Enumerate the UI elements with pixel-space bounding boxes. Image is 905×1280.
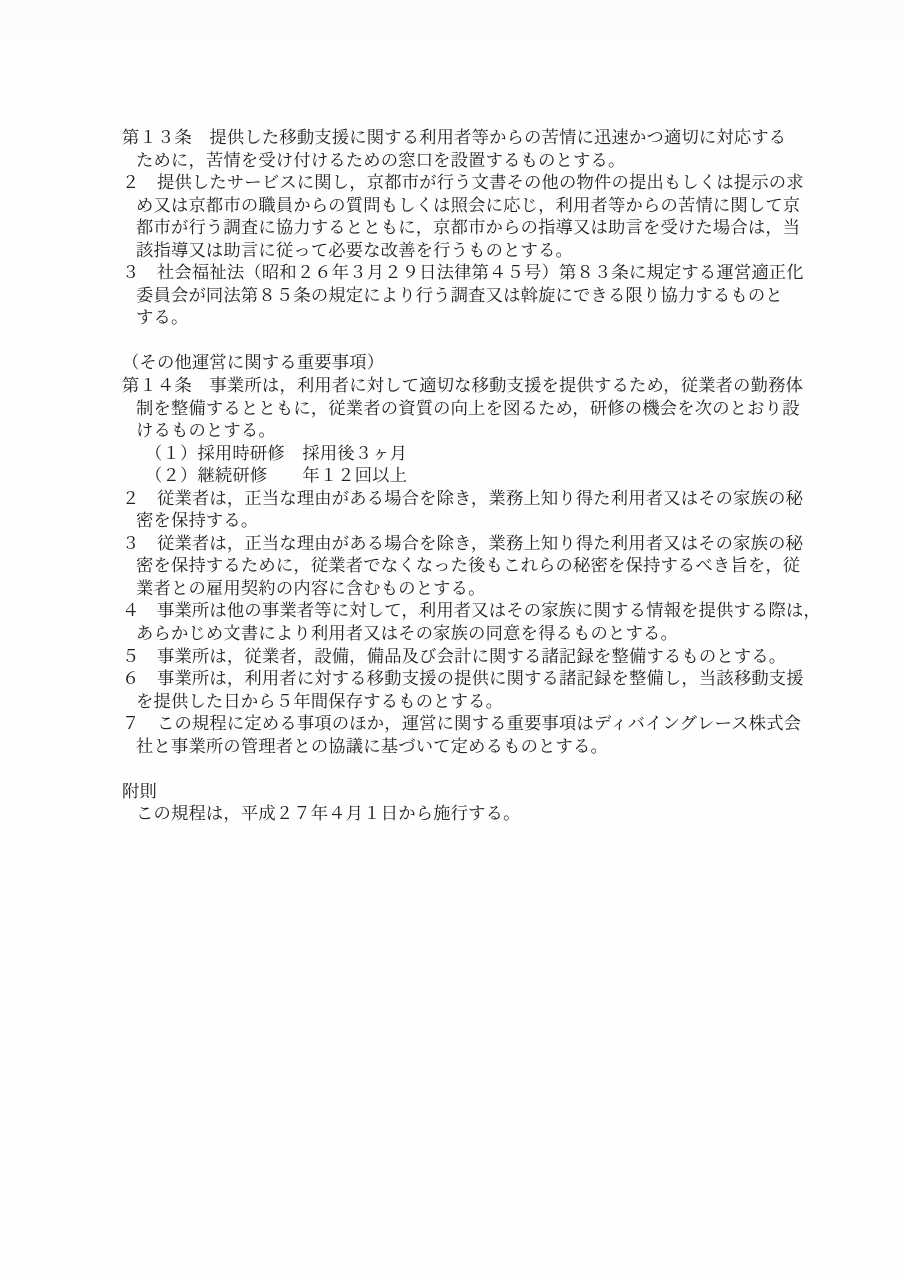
article-14-continuation: 制を整備するとともに，従業者の資質の向上を図るため，研修の機会を次のとおり設 <box>122 398 792 421</box>
article-13-continuation: ために，苦情を受け付けるための窓口を設置するものとする。 <box>122 150 792 173</box>
article-13-paragraph-2-cont: 該指導又は助言に従って必要な改善を行うものとする。 <box>122 240 792 263</box>
article-14-paragraph-6: ６ 事業所は，利用者に対する移動支援の提供に関する諸記録を整備し，当該移動支援 <box>122 668 792 691</box>
document-text-block: 第１３条 提供した移動支援に関する利用者等からの苦情に迅速かつ適切に対応する た… <box>122 127 792 826</box>
article-14-paragraph-3-cont: 業者との雇用契約の内容に含むものとする。 <box>122 578 792 601</box>
training-item-1: （１）採用時研修 採用後３ヶ月 <box>122 443 792 466</box>
blank-line <box>122 758 792 781</box>
article-13-paragraph-3-cont: する。 <box>122 307 792 330</box>
article-14-paragraph-2-cont: 密を保持する。 <box>122 510 792 533</box>
article-14-paragraph-5: ５ 事業所は，従業者，設備，備品及び会計に関する諸記録を整備するものとする。 <box>122 646 792 669</box>
section-heading-other-matters: （その他運営に関する重要事項） <box>122 352 792 375</box>
article-14-paragraph-3-cont: 密を保持するために，従業者でなくなった後もこれらの秘密を保持するべき旨を，従 <box>122 555 792 578</box>
effective-date-line: この規程は，平成２７年４月１日から施行する。 <box>122 803 792 826</box>
article-14-paragraph-7: ７ この規程に定める事項のほか，運営に関する重要事項はディバイングレース株式会 <box>122 713 792 736</box>
article-14-paragraph-3: ３ 従業者は，正当な理由がある場合を除き，業務上知り得た利用者又はその家族の秘 <box>122 533 792 556</box>
article-13-paragraph-2-cont: 都市が行う調査に協力するとともに，京都市からの指導又は助言を受けた場合は，当 <box>122 217 792 240</box>
article-13-opening-line: 第１３条 提供した移動支援に関する利用者等からの苦情に迅速かつ適切に対応する <box>122 127 792 150</box>
article-13-paragraph-3: ３ 社会福祉法（昭和２６年３月２９日法律第４５号）第８３条に規定する運営適正化 <box>122 262 792 285</box>
article-13-paragraph-3-cont: 委員会が同法第８５条の規定により行う調査又は斡旋にできる限り協力するものと <box>122 285 792 308</box>
article-14-paragraph-6-cont: を提供した日から５年間保存するものとする。 <box>122 691 792 714</box>
article-14-continuation: けるものとする。 <box>122 420 792 443</box>
article-14-paragraph-4: ４ 事業所は他の事業者等に対して，利用者又はその家族に関する情報を提供する際は， <box>122 600 792 623</box>
blank-line <box>122 330 792 353</box>
training-item-2: （２）継続研修 年１２回以上 <box>122 465 792 488</box>
scanned-page: 第１３条 提供した移動支援に関する利用者等からの苦情に迅速かつ適切に対応する た… <box>0 0 905 1280</box>
article-14-opening-line: 第１４条 事業所は，利用者に対して適切な移動支援を提供するため，従業者の勤務体 <box>122 375 792 398</box>
article-14-paragraph-2: ２ 従業者は，正当な理由がある場合を除き，業務上知り得た利用者又はその家族の秘 <box>122 488 792 511</box>
article-14-paragraph-4-cont: あらかじめ文書により利用者又はその家族の同意を得るものとする。 <box>122 623 792 646</box>
supplementary-provisions-heading: 附則 <box>122 781 792 804</box>
article-14-paragraph-7-cont: 社と事業所の管理者との協議に基づいて定めるものとする。 <box>122 736 792 759</box>
article-13-paragraph-2: ２ 提供したサービスに関し，京都市が行う文書その他の物件の提出もしくは提示の求 <box>122 172 792 195</box>
article-13-paragraph-2-cont: め又は京都市の職員からの質問もしくは照会に応じ，利用者等からの苦情に関して京 <box>122 195 792 218</box>
